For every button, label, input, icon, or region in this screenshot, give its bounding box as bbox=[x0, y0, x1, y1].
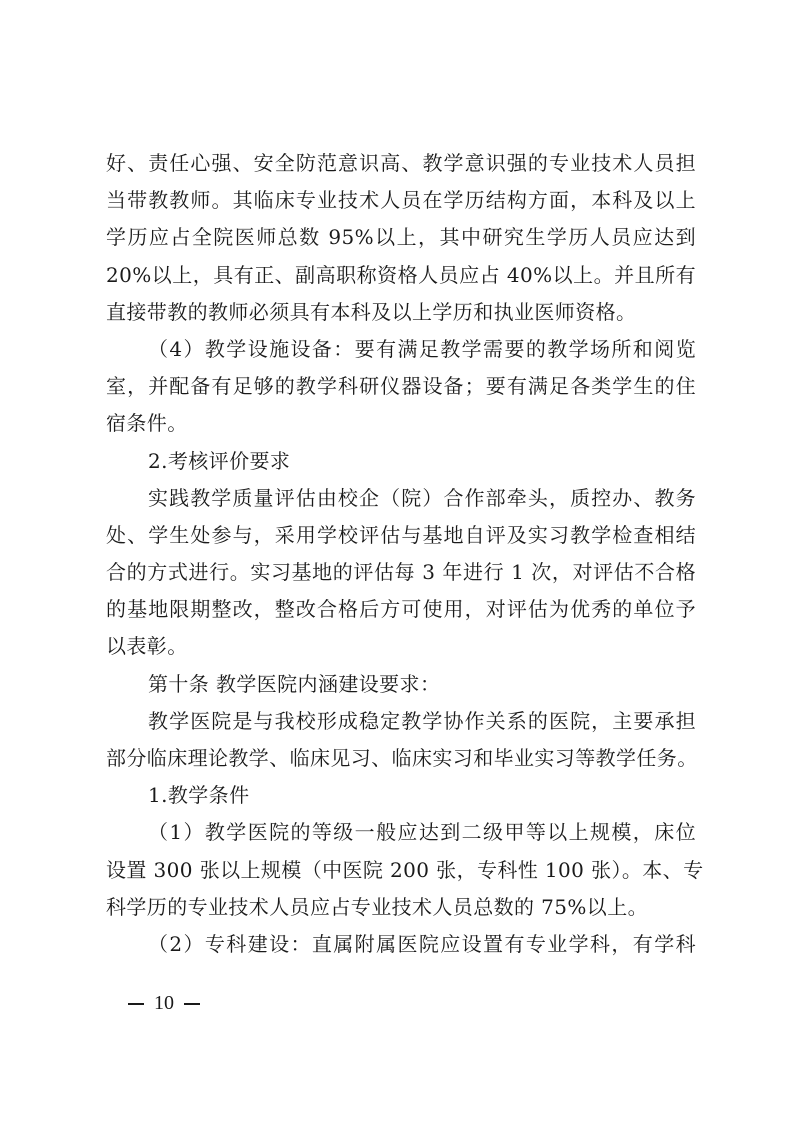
section-heading-assessment: 2.考核评价要求 bbox=[106, 443, 696, 480]
text-line-21: 科学历的专业技术人员应占专业技术人员总数的 75%以上。 bbox=[106, 889, 696, 926]
text-line-10: 实践教学质量评估由校企（院）合作部牵头，质控办、教务 bbox=[106, 480, 696, 517]
text-line-6: （4）教学设施设备：要有满足教学需要的教学场所和阅览 bbox=[106, 331, 696, 368]
text-line-13: 的基地限期整改，整改合格后方可使用，对评估为优秀的单位予 bbox=[106, 591, 696, 628]
section-heading-teaching-conditions: 1.教学条件 bbox=[106, 777, 696, 814]
text-line-11: 处、学生处参与，采用学校评估与基地自评及实习教学检查相结 bbox=[106, 517, 696, 554]
text-line-5: 直接带教的教师必须具有本科及以上学历和执业医师资格。 bbox=[106, 294, 696, 331]
text-line-16: 教学医院是与我校形成稳定教学协作关系的医院，主要承担 bbox=[106, 703, 696, 740]
document-body: 好、责任心强、安全防范意识高、教学意识强的专业技术人员担 当带教教师。其临床专业… bbox=[106, 145, 696, 963]
page-footer: 10 bbox=[128, 992, 200, 1015]
article-heading-10: 第十条 教学医院内涵建设要求： bbox=[106, 666, 696, 703]
text-line-1: 好、责任心强、安全防范意识高、教学意识强的专业技术人员担 bbox=[106, 145, 696, 182]
text-line-19: （1）教学医院的等级一般应达到二级甲等以上规模，床位 bbox=[106, 814, 696, 851]
text-line-4: 20%以上，具有正、副高职称资格人员应占 40%以上。并且所有 bbox=[106, 257, 696, 294]
text-line-3: 学历应占全院医师总数 95%以上，其中研究生学历人员应达到 bbox=[106, 219, 696, 256]
text-line-8: 宿条件。 bbox=[106, 405, 696, 442]
text-line-12: 合的方式进行。实习基地的评估每 3 年进行 1 次，对评估不合格 bbox=[106, 554, 696, 591]
left-dash-icon bbox=[128, 1003, 144, 1005]
text-line-7: 室，并配备有足够的教学科研仪器设备；要有满足各类学生的住 bbox=[106, 368, 696, 405]
text-line-20: 设置 300 张以上规模（中医院 200 张，专科性 100 张）。本、专 bbox=[106, 852, 696, 889]
page-number: 10 bbox=[154, 992, 174, 1015]
text-line-22: （2）专科建设：直属附属医院应设置有专业学科，有学科 bbox=[106, 926, 696, 963]
text-line-2: 当带教教师。其临床专业技术人员在学历结构方面，本科及以上 bbox=[106, 182, 696, 219]
text-line-14: 以表彰。 bbox=[106, 628, 696, 665]
text-line-17: 部分临床理论教学、临床见习、临床实习和毕业实习等教学任务。 bbox=[106, 740, 696, 777]
right-dash-icon bbox=[184, 1003, 200, 1005]
